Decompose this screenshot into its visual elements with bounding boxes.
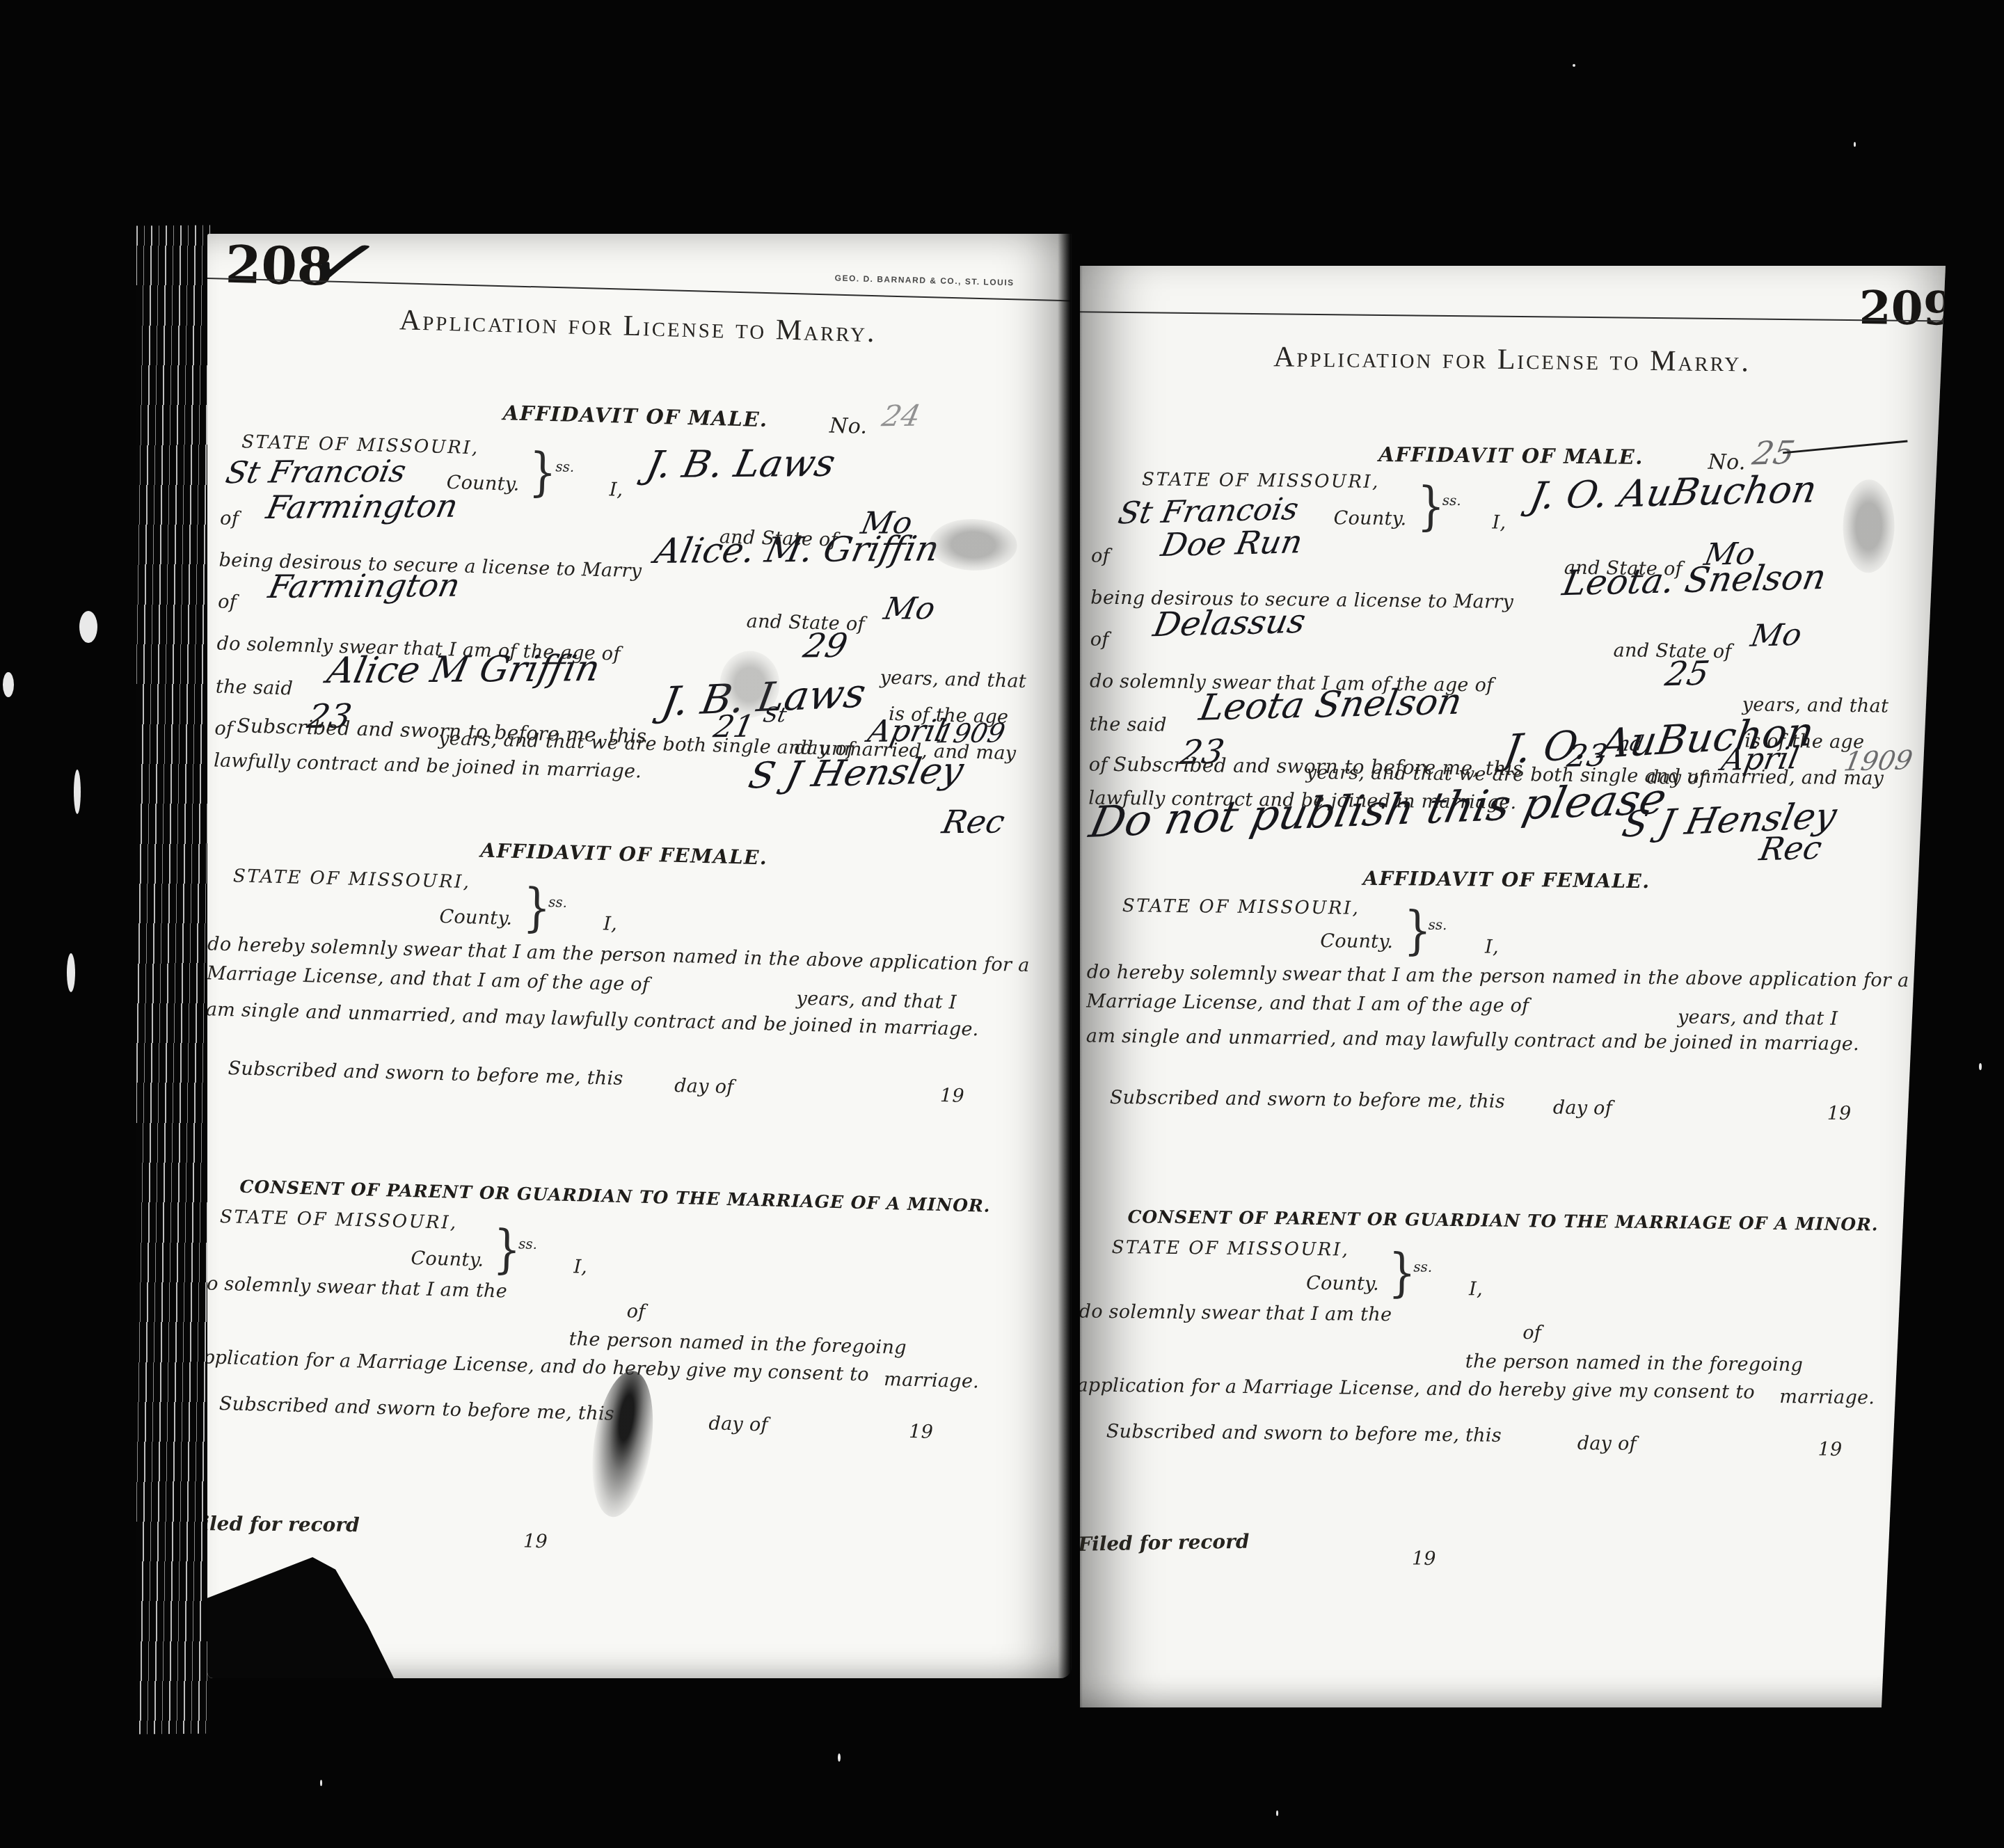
dust-speck (79, 611, 97, 643)
bride-name-said-handwriting: Leota Snelson (1196, 681, 1465, 729)
year-19-label: 19 (909, 1421, 934, 1443)
sworn-line: Subscribed and sworn to before me, this (1110, 1087, 1505, 1113)
state-line: STATE OF MISSOURI, (220, 1206, 458, 1234)
year-19-label: 19 (1412, 1547, 1436, 1569)
groom-age-handwriting: 29 (800, 626, 851, 665)
ss-label: ss. (555, 458, 575, 475)
marriage-word: marriage. (884, 1369, 980, 1393)
consent-heading: CONSENT OF PARENT OR GUARDIAN TO THE MAR… (1080, 1206, 1936, 1235)
of-label: of (1090, 629, 1109, 651)
female-affidavit-heading: AFFIDAVIT OF FEMALE. (1080, 863, 1939, 895)
sworn-line: Subscribed and sworn to before me, this (1113, 753, 1523, 780)
right-page: 209 Application for License to Marry. AF… (1080, 266, 1946, 1707)
dust-speck (1573, 64, 1575, 67)
brace-glyph: } (528, 441, 557, 503)
ink-blot (583, 1367, 661, 1521)
state-line: STATE OF MISSOURI, (232, 866, 470, 893)
dust-speck (74, 770, 81, 814)
book-gutter-shadow (1058, 228, 1083, 1726)
of-label: of (626, 1300, 646, 1323)
of-label: of (1522, 1322, 1541, 1344)
i-label: I, (573, 1256, 588, 1278)
female-line2-tail: years, and that I (1678, 1006, 1838, 1029)
of-label: of (214, 717, 234, 740)
sworn-year-handwriting: 1909 (934, 718, 1008, 749)
form-title: Application for License to Marry. (1080, 338, 1945, 381)
ss-label: ss. (518, 1235, 538, 1252)
state-line: STATE OF MISSOURI, (1122, 895, 1360, 919)
day-of-label: day of (674, 1075, 734, 1098)
groom-residence-handwriting: Farmington (263, 487, 461, 526)
day-of-label: day of (708, 1412, 768, 1435)
page-edge-stack (136, 225, 210, 1734)
no-label: No. (829, 413, 868, 438)
officer-signature: S J Hensley (745, 750, 967, 797)
of-label: of (1089, 754, 1108, 776)
i-label: I, (609, 479, 623, 501)
consent-line1: do solemnly swear that I am the (207, 1273, 507, 1303)
dust-speck (1979, 1063, 1982, 1070)
dust-speck (3, 672, 14, 697)
year-19-label: 19 (523, 1530, 548, 1552)
of-label: of (1091, 545, 1110, 567)
application-no-handwriting: 24 (879, 399, 923, 433)
female-line2: Marriage License, and that I am of the a… (1086, 991, 1529, 1017)
dust-speck (838, 1753, 841, 1762)
brace-glyph: } (523, 877, 552, 939)
day-of-label: day of (1553, 1097, 1613, 1120)
printer-stamp: GEO. D. BARNARD & CO., ST. LOUIS (778, 271, 1015, 287)
i-label: I, (1485, 937, 1499, 958)
year-19-label: 19 (940, 1085, 965, 1107)
state-line: STATE OF MISSOURI, (1142, 469, 1380, 493)
brace-glyph: } (1388, 1242, 1416, 1303)
ss-label: ss. (1413, 1258, 1432, 1275)
sworn-line: Subscribed and sworn to before me, this (1106, 1421, 1502, 1447)
of-label: of (220, 508, 239, 530)
ss-label: ss. (1428, 916, 1447, 933)
sworn-year-handwriting: 1909 (1842, 744, 1916, 776)
the-said-label: the said (216, 676, 294, 699)
marriage-word: marriage. (1779, 1386, 1875, 1408)
groom-name-handwriting: J. O. AuBuchon (1527, 467, 1821, 518)
book-scan: 208 ✓ GEO. D. BARNARD & CO., ST. LOUIS A… (0, 0, 2004, 1848)
bride-residence-handwriting: Delassus (1150, 602, 1309, 644)
form-title: Application for License to Marry. (207, 298, 1070, 354)
i-label: I, (1492, 512, 1506, 534)
year-19-label: 19 (1818, 1439, 1842, 1460)
bride-name-handwriting: Alice. M. Griffin (651, 529, 943, 571)
paper-smudge (929, 518, 1018, 571)
county-label: County. (411, 1248, 484, 1271)
ss-label: ss. (548, 893, 568, 911)
dust-speck (1854, 142, 1856, 147)
header-rule (1080, 311, 1946, 321)
the-said-label: the said (1089, 714, 1166, 736)
female-line3: am single and unmarried, and may lawfull… (1086, 1026, 1859, 1056)
brace-glyph: } (1417, 475, 1445, 536)
bride-name-handwriting: Leota. Snelson (1559, 557, 1829, 603)
paper-smudge (1843, 479, 1895, 573)
dust-speck (67, 953, 75, 992)
bride-residence-handwriting: Farmington (265, 566, 463, 605)
officer-title-handwriting: Rec (939, 803, 1008, 841)
of-label: of (218, 591, 237, 614)
groom-residence-handwriting: Doe Run (1158, 523, 1305, 564)
filed-for-record-label: Filed for record (1080, 1530, 1250, 1556)
sworn-month-handwriting: April (1719, 740, 1802, 778)
year-19-label: 19 (1827, 1103, 1852, 1124)
filed-for-record-label: Filed for record (207, 1512, 360, 1536)
i-label: I, (1469, 1278, 1483, 1300)
county-label: County. (1320, 930, 1393, 953)
consent-line2: the person named in the foregoing (1465, 1351, 1804, 1376)
left-page-content: 208 ✓ GEO. D. BARNARD & CO., ST. LOUIS A… (207, 234, 1072, 1678)
groom-name-handwriting: J. B. Laws (642, 441, 839, 486)
male-affidavit-heading: AFFIDAVIT OF MALE. (207, 393, 1068, 440)
bride-state-handwriting: Mo (1748, 617, 1805, 654)
day-of-label: day of (1577, 1433, 1637, 1455)
consent-line1: do solemnly swear that I am the (1080, 1300, 1392, 1325)
ss-label: ss. (1442, 492, 1461, 509)
bride-state-handwriting: Mo (881, 591, 938, 626)
county-label: County. (439, 906, 513, 930)
state-line: STATE OF MISSOURI, (1111, 1237, 1349, 1261)
sworn-line: Subscribed and sworn to before me, this (228, 1058, 623, 1090)
brace-glyph: } (493, 1218, 522, 1280)
bride-name-said-handwriting: Alice M Griffin (324, 648, 603, 692)
groom-age-handwriting: 25 (1662, 654, 1712, 694)
sworn-day-handwriting: 23 (1564, 738, 1610, 774)
lawfully-line: lawfully contract and be joined in marri… (214, 749, 642, 782)
female-line2-tail: years, and that I (796, 987, 957, 1013)
sworn-line: Subscribed and sworn to before me, this (219, 1393, 615, 1425)
consent-line2: the person named in the foregoing (568, 1328, 907, 1359)
consent-line3: application for a Marriage License, and … (1080, 1374, 1755, 1403)
i-label: I, (603, 913, 618, 935)
female-line1: do hereby solemnly swear that I am the p… (1087, 962, 1909, 991)
dust-speck (1276, 1810, 1278, 1816)
dust-speck (320, 1780, 322, 1786)
county-label: County. (1333, 507, 1406, 529)
county-label: County. (1306, 1273, 1379, 1295)
sworn-day-suffix-handwriting: nd (1614, 731, 1646, 756)
county-handwriting: St Francois (223, 454, 409, 491)
left-page: 208 ✓ GEO. D. BARNARD & CO., ST. LOUIS A… (207, 234, 1072, 1678)
officer-title-handwriting: Rec (1756, 829, 1824, 868)
right-page-content: 209 Application for License to Marry. AF… (1080, 266, 1946, 1707)
page-number: 209 (1859, 280, 1946, 335)
brace-glyph: } (1403, 900, 1431, 961)
years-and-that-label: years, and that (880, 667, 1026, 692)
female-line2: Marriage License, and that I am of the a… (207, 962, 650, 996)
do-not-publish-annotation: Do not publish this please (1085, 773, 1671, 847)
